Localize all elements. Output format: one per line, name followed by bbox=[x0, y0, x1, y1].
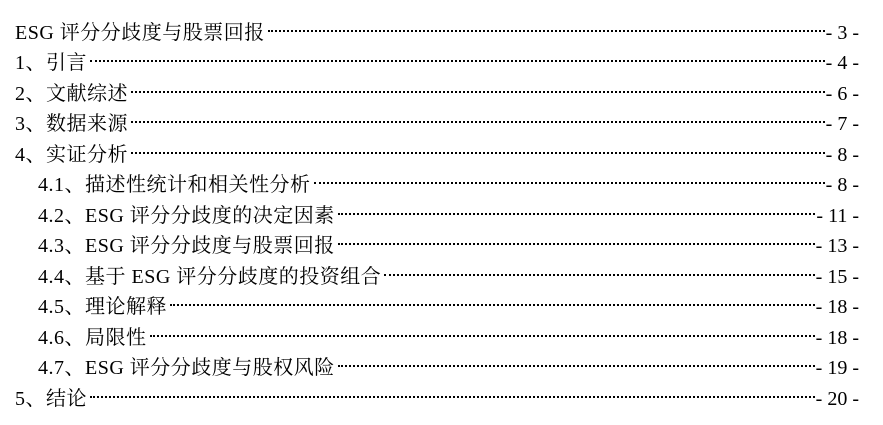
toc-page-number: - 18 - bbox=[816, 323, 859, 354]
dot-leader bbox=[336, 222, 815, 253]
toc-page-number: - 19 - bbox=[816, 353, 859, 384]
toc-page-number: - 11 - bbox=[816, 201, 859, 232]
toc-entry-label: 5、结论 bbox=[15, 384, 87, 415]
dot-leader bbox=[336, 344, 815, 375]
toc-entry-label: 4.3、ESG 评分分歧度与股票回报 bbox=[38, 231, 335, 262]
dot-leader bbox=[336, 191, 816, 222]
toc-entry-data-sources[interactable]: 3、数据来源 - 7 - bbox=[15, 100, 859, 131]
toc-entry-label: 4.6、局限性 bbox=[38, 323, 147, 354]
toc-page-number: - 13 - bbox=[816, 231, 859, 262]
toc-entry-introduction[interactable]: 1、引言 - 4 - bbox=[15, 39, 859, 70]
toc-page-number: - 3 - bbox=[826, 18, 859, 49]
dot-leader bbox=[129, 100, 825, 131]
toc-entry-label: 3、数据来源 bbox=[15, 109, 128, 140]
toc-entry-literature-review[interactable]: 2、文献综述 - 6 - bbox=[15, 69, 859, 100]
toc-entry-label: 4.2、ESG 评分分歧度的决定因素 bbox=[38, 201, 335, 232]
toc-entry-label: 1、引言 bbox=[15, 48, 87, 79]
dot-leader bbox=[88, 374, 815, 405]
toc-entry-label: 4.1、描述性统计和相关性分析 bbox=[38, 170, 311, 201]
dot-leader bbox=[129, 130, 825, 161]
dot-leader bbox=[382, 252, 814, 283]
dot-leader bbox=[168, 283, 815, 314]
dot-leader bbox=[88, 39, 825, 70]
toc-entry-descriptive-statistics[interactable]: 4.1、描述性统计和相关性分析 - 8 - bbox=[15, 161, 859, 192]
toc-page-number: - 4 - bbox=[826, 48, 859, 79]
toc-entry-title[interactable]: ESG 评分分歧度与股票回报 - 3 - bbox=[15, 8, 859, 39]
toc-page-number: - 7 - bbox=[826, 109, 859, 140]
dot-leader bbox=[266, 8, 825, 39]
dot-leader bbox=[148, 313, 815, 344]
toc-page-number: - 15 - bbox=[816, 262, 859, 293]
toc-entry-conclusion[interactable]: 5、结论 - 20 - bbox=[15, 374, 859, 405]
toc-page-number: - 6 - bbox=[826, 79, 859, 110]
toc-page-number: - 8 - bbox=[826, 170, 859, 201]
dot-leader bbox=[129, 69, 825, 100]
toc-entry-empirical-analysis[interactable]: 4、实证分析 - 8 - bbox=[15, 130, 859, 161]
toc-page-number: - 18 - bbox=[816, 292, 859, 323]
toc-page-number: - 8 - bbox=[826, 140, 859, 171]
table-of-contents: ESG 评分分歧度与股票回报 - 3 - 1、引言 - 4 - 2、文献综述 -… bbox=[15, 8, 859, 405]
toc-entry-label: 2、文献综述 bbox=[15, 79, 128, 110]
toc-page-number: - 20 - bbox=[816, 384, 859, 415]
dot-leader bbox=[312, 161, 825, 192]
toc-entry-label: 4、实证分析 bbox=[15, 140, 128, 171]
